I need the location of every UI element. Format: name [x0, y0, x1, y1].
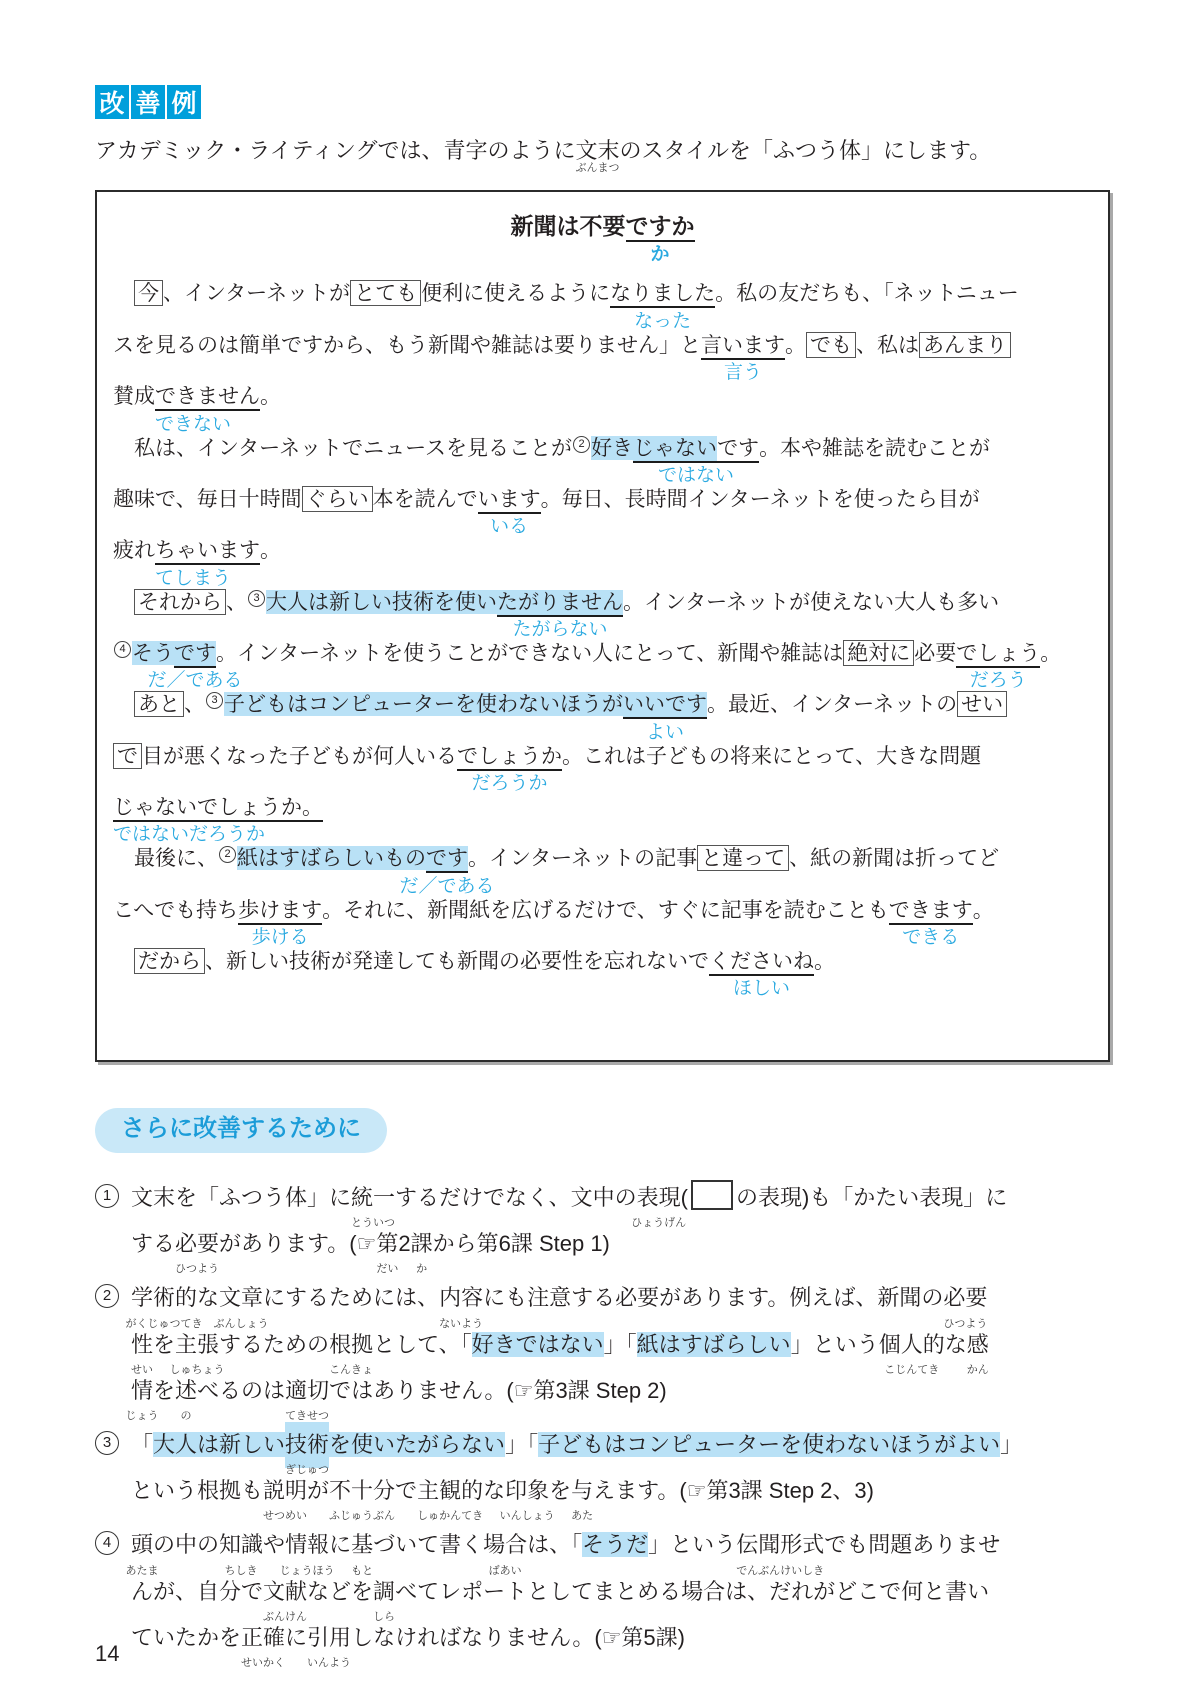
text-segment: 本を読んで — [373, 487, 478, 511]
text-segment: 私は、インターネットでニュースを見ることが — [134, 436, 572, 460]
highlighted-text: 子どもはコンピューターを使わないほうが — [224, 692, 623, 716]
underlined-text: でしょう — [956, 641, 1040, 668]
annotated-phrase: たがりませんたがらない — [497, 588, 623, 616]
highlighted-underlined-text: です — [174, 641, 216, 668]
underlined-text: じゃないでしょうか。 — [113, 795, 323, 822]
ruby-base: 正確せいかく — [241, 1615, 285, 1661]
underlined-text: 言います — [701, 333, 785, 360]
furigana: か — [416, 1264, 427, 1275]
correction-note: てしまう — [155, 569, 231, 588]
annotated-phrase: ですかか — [626, 212, 695, 242]
text-segment: ていたかを — [131, 1625, 241, 1650]
furigana: てきせつ — [285, 1411, 329, 1422]
ruby-base: 説明せつめい — [263, 1468, 307, 1514]
text-segment: えます。(☞第3課 Step 2、3) — [593, 1478, 874, 1503]
ruby-base: 学術的がくじゅつてき — [131, 1275, 197, 1321]
correction-note: だ／である — [399, 877, 494, 896]
item-number: 1 — [95, 1184, 119, 1208]
text-segment: 。最近、インターネットの — [707, 692, 957, 716]
text-segment: 。 — [785, 333, 806, 357]
underlined-text: でしょうか — [457, 744, 562, 771]
text-segment: 、インターネットが — [163, 281, 350, 305]
boxed-word: あんまり — [919, 332, 1011, 358]
furigana: かん — [967, 1365, 989, 1376]
highlighted-text: 好きではない — [472, 1332, 604, 1357]
furigana: いんしょう — [500, 1511, 555, 1522]
highlighted-text: 子どもはコンピューターを使わないほうがよい — [538, 1432, 1000, 1457]
ruby-base: 主張しゅちょう — [175, 1322, 219, 1368]
correction-note: ではないだろうか — [113, 825, 265, 844]
boxed-word: 今 — [134, 280, 163, 306]
underlined-text: います — [478, 487, 541, 514]
ruby-base: 課か — [411, 1221, 433, 1267]
boxed-word: あと — [134, 691, 184, 717]
furigana: ぶんしょう — [214, 1319, 269, 1330]
furigana: しゅかんてき — [417, 1511, 483, 1522]
boxed-word: と違って — [697, 845, 789, 871]
text-segment: スを見るのは簡単ですから、もう新聞や雑誌は要りません」と — [113, 333, 701, 357]
example-line: 私は、インターネットでニュースを見ることが2好きじゃないですではない。本や雑誌を… — [113, 434, 1092, 462]
text-segment: こへでも持ち — [113, 898, 238, 922]
item-number: 3 — [95, 1431, 119, 1455]
highlighted-text: 大人は新しい技術を使い — [266, 590, 497, 614]
example-line: 4そうですだ／である。インターネットを使うことができない人にとって、新聞や雑誌は… — [113, 639, 1092, 667]
circled-number: 3 — [248, 590, 265, 607]
item-line: んが、自分で文献ぶんけんなどを調しらべてレポートとしてまとめる場合は、だれがどこ… — [131, 1569, 1110, 1615]
phrase-group: じゃないです — [633, 436, 759, 463]
text-segment: 。私の友だちも、「ネットニュー — [715, 281, 1019, 305]
correction-note: なった — [634, 312, 691, 331]
example-line: だから、新しい技術が発達しても新聞の必要性を忘れないでくださいねほしい。 — [113, 947, 1092, 975]
ruby-base: 必要ひつよう — [943, 1275, 987, 1321]
annotated-phrase: じゃないですではない — [633, 434, 759, 462]
text-segment: 便利に使えるように — [421, 281, 610, 305]
annotated-phrase: いますいる — [478, 485, 541, 513]
ruby-base: 述の — [175, 1368, 197, 1414]
example-line: 疲れちゃいますてしまう。 — [113, 536, 1092, 564]
improve-heading-row: さらに改善するために — [95, 1108, 1110, 1175]
boxed-word: でも — [806, 332, 856, 358]
text-segment: するだけでなく、文中の — [395, 1185, 637, 1210]
furigana: だい — [376, 1264, 398, 1275]
text-segment: にも注意する必要があります。例えば、新聞の — [483, 1285, 943, 1310]
ruby-base: 基もと — [351, 1522, 373, 1568]
ruby-base: 表現ひょうげん — [637, 1175, 681, 1221]
correction-note: よい — [646, 723, 684, 742]
improve-item: 1文末を「ふつう体」に統一とういつするだけでなく、文中の表現ひょうげん(の表現)… — [95, 1175, 1110, 1267]
text-segment: 。 — [973, 898, 994, 922]
header-char: 例 — [167, 85, 201, 119]
text-segment: 。インターネットを使うことができない人にとって、新聞や雑誌は — [216, 641, 843, 665]
boxed-word: とても — [350, 280, 421, 306]
ruby-base: 技術ぎじゅつ — [285, 1422, 329, 1468]
boxed-word: せい — [957, 691, 1007, 717]
ruby-base: 情報じょうほう — [285, 1522, 329, 1568]
underlined-text: くださいね — [709, 949, 814, 976]
text-segment: な — [483, 1478, 505, 1503]
text-segment: ( — [681, 1185, 688, 1210]
text-segment: 、新しい技術が発達しても新聞の必要性を忘れないで — [205, 949, 709, 973]
item-line: する必要ひつようがあります。(☞第だい2課かから第6課 Step 1) — [131, 1221, 1110, 1267]
page-number: 14 — [95, 1641, 119, 1667]
annotated-phrase: でしょうかだろうか — [457, 742, 562, 770]
item-number: 4 — [95, 1531, 119, 1555]
text-segment: 」という — [648, 1532, 736, 1557]
text-segment: 」「 — [505, 1432, 538, 1457]
furigana: もと — [351, 1566, 373, 1577]
annotated-phrase: ですだ／である — [174, 639, 216, 667]
underlined-text: 歩けます — [238, 898, 322, 925]
annotated-phrase: 言います言う — [701, 331, 785, 359]
example-title: 新聞は不要ですかか — [113, 212, 1092, 242]
ruby-base: 与あた — [571, 1468, 593, 1514]
ruby-base: 場合ばあい — [483, 1522, 527, 1568]
example-line: あと、3子どもはコンピューターを使わないほうがいいですよい。最近、インターネット… — [113, 690, 1092, 718]
furigana: ぶんまつ — [575, 163, 619, 174]
text-segment: 必要 — [914, 641, 956, 665]
ruby-base: 調しら — [373, 1569, 395, 1615]
annotated-phrase: できますできる — [889, 896, 973, 924]
boxed-word: ぐらい — [302, 486, 373, 512]
text-segment: 最後に、 — [134, 846, 218, 870]
text-segment: 、紙の新聞は折ってど — [789, 846, 999, 870]
text-segment: にするためには、 — [263, 1285, 439, 1310]
text-segment: しなければなりません。(☞第5課) — [351, 1625, 685, 1650]
highlighted-underlined-text: たがりません — [497, 590, 623, 617]
ruby-base: 第だい — [376, 1221, 398, 1267]
item-line: 文末を「ふつう体」に統一とういつするだけでなく、文中の表現ひょうげん(の表現)も… — [131, 1175, 1110, 1221]
ruby-base: 情じょう — [131, 1368, 153, 1414]
highlighted-underlined-text: いいです — [623, 692, 707, 719]
item-line: 学術的がくじゅつてきな文章ぶんしょうにするためには、内容ないようにも注意する必要… — [131, 1275, 1110, 1321]
item-line: ていたかを正確せいかくに引用いんようしなければなりません。(☞第5課) — [131, 1615, 1110, 1661]
circled-number: 3 — [206, 692, 223, 709]
ruby-base: 統一とういつ — [351, 1175, 395, 1221]
correction-note: できる — [902, 928, 959, 947]
correction-note: だろう — [970, 671, 1027, 690]
text-segment: 新聞は不要 — [511, 213, 626, 239]
text-segment: などを — [307, 1579, 373, 1604]
example-body: 今、インターネットがとても便利に使えるようになりましたなった。私の友だちも、「ネ… — [113, 279, 1092, 975]
annotated-phrase: いいですよい — [623, 690, 707, 718]
text-segment: 疲れ — [113, 538, 155, 562]
highlighted-underlined-text: じゃない — [633, 436, 717, 463]
example-line: 趣味で、毎日十時間ぐらい本を読んでいますいる。毎日、長時間インターネットを使った… — [113, 485, 1092, 513]
annotated-phrase: くださいねほしい — [709, 947, 814, 975]
correction-note: できない — [155, 415, 231, 434]
text-segment: んが、自分で — [131, 1579, 263, 1604]
text-segment: が — [307, 1478, 329, 1503]
text-segment: べてレポートとしてまとめる場合は、だれがどこで何と書い — [395, 1579, 989, 1604]
furigana: ばあい — [489, 1566, 522, 1577]
example-box: 新聞は不要ですかか 今、インターネットがとても便利に使えるようになりましたなった… — [95, 190, 1110, 1063]
ruby-base: 知識ちしき — [219, 1522, 263, 1568]
ruby-base: 文献ぶんけん — [263, 1569, 307, 1615]
text-segment: で — [395, 1478, 417, 1503]
underlined-text: ですか — [626, 213, 695, 242]
furigana: あた — [571, 1511, 593, 1522]
text-segment: 。 — [1040, 641, 1061, 665]
text-segment: 。本や雑誌を読むことが — [759, 436, 990, 460]
item-line: 「大人は新しい技術ぎじゅつを使いたがらない」「子どもはコンピューターを使わないほ… — [131, 1422, 1110, 1468]
ruby-base: 内容ないよう — [439, 1275, 483, 1321]
example-line: 最後に、2紙はすばらしいものですだ／である。インターネットの記事と違って、紙の新… — [113, 844, 1092, 872]
item-line: 頭あたまの中の知識ちしきや情報じょうほうに基もとづいて書く場合ばあいは、「そうだ… — [131, 1522, 1110, 1568]
text-segment: するための — [219, 1332, 329, 1357]
text-segment: や — [263, 1532, 285, 1557]
text-segment: に — [329, 1532, 351, 1557]
header-char: 善 — [131, 85, 165, 119]
text-segment: を — [549, 1478, 571, 1503]
ruby-base: 感かん — [967, 1322, 989, 1368]
text-segment: に — [285, 1625, 307, 1650]
highlighted-text: を使いたがらない — [329, 1432, 505, 1457]
furigana: ないよう — [439, 1319, 483, 1330]
example-line: じゃないでしょうか。ではないだろうか — [113, 793, 1092, 821]
text-segment: 」 — [1000, 1432, 1022, 1457]
text-segment: 賛成 — [113, 384, 155, 408]
annotated-phrase: でしょうだろう — [956, 639, 1040, 667]
text-segment: 2 — [398, 1231, 410, 1256]
text-segment: 、 — [184, 692, 205, 716]
example-line: こへでも持ち歩けます歩ける。それに、新聞紙を広げるだけで、すぐに記事を読むことも… — [113, 896, 1092, 924]
item-line: 情じょうを述のべるのは適切てきせつではありません。(☞第3課 Step 2) — [131, 1368, 1110, 1414]
furigana: じょう — [126, 1411, 159, 1422]
text-segment: する — [131, 1231, 175, 1256]
annotated-phrase: じゃないでしょうか。ではないだろうか — [113, 793, 323, 821]
ruby-base: 適切てきせつ — [285, 1368, 329, 1414]
ruby-base: 印象いんしょう — [505, 1468, 549, 1514]
annotated-phrase: ちゃいますてしまう — [155, 536, 260, 564]
correction-note: 歩ける — [252, 928, 309, 947]
text-segment: を — [153, 1332, 175, 1357]
text-segment: の中の — [153, 1532, 219, 1557]
text-segment: 。それに、新聞紙を広げるだけで、すぐに記事を読むことも — [322, 898, 889, 922]
ruby-base: 伝聞形式でんぶんけいしき — [736, 1522, 824, 1568]
annotated-phrase: ですだ／である — [426, 844, 468, 872]
furigana: せいかく — [241, 1658, 285, 1669]
example-line: 賛成できませんできない。 — [113, 382, 1092, 410]
correction-note: か — [650, 245, 669, 264]
furigana: しら — [373, 1612, 395, 1623]
example-line: で目が悪くなった子どもが何人いるでしょうかだろうか。これは子どもの将来にとって、… — [113, 742, 1092, 770]
text-segment: 。これは子どもの将来にとって、大きな問題 — [562, 744, 981, 768]
correction-note: だ／である — [147, 671, 242, 690]
text-segment: という根拠も — [131, 1478, 263, 1503]
furigana: ちしき — [225, 1566, 258, 1577]
text-segment: 。 — [260, 538, 281, 562]
boxed-word: だから — [134, 948, 205, 974]
annotated-phrase: なりましたなった — [610, 279, 715, 307]
furigana: ひつよう — [175, 1264, 219, 1275]
text-segment: は、「 — [527, 1532, 582, 1557]
circled-number: 4 — [114, 641, 131, 658]
furigana: こんきょ — [329, 1365, 373, 1376]
page: 改善例 アカデミック・ライティングでは、青字のように文末ぶんまつのスタイルを「ふ… — [0, 0, 1200, 1693]
example-line: それから、3大人は新しい技術を使いたがりませんたがらない。インターネットが使えな… — [113, 588, 1092, 616]
ruby-base: 引用いんよう — [307, 1615, 351, 1661]
ruby-base: 頭あたま — [131, 1522, 153, 1568]
text-segment: づいて書く — [373, 1532, 483, 1557]
text-segment: アカデミック・ライティングでは、青字のように — [95, 138, 575, 163]
highlighted-text: そうだ — [582, 1532, 648, 1557]
highlighted-text: 好き — [591, 436, 633, 460]
text-segment: 。毎日、長時間インターネットを使ったら目が — [541, 487, 980, 511]
underlined-text: なりました — [610, 281, 715, 308]
text-segment: として、「 — [373, 1332, 472, 1357]
text-segment: な — [197, 1285, 219, 1310]
boxed-word: それから — [134, 589, 226, 615]
furigana: いんよう — [307, 1658, 351, 1669]
highlighted-text: 大人は新しい — [153, 1432, 285, 1457]
improve-heading-pill: さらに改善するために — [95, 1108, 387, 1153]
text-segment: 文末を「ふつう体」に — [131, 1185, 351, 1210]
circled-number: 2 — [573, 436, 590, 453]
text-segment: 、私は — [856, 333, 919, 357]
ruby-base: 個人的こじんてき — [879, 1322, 945, 1368]
blank-box — [691, 1180, 733, 1210]
text-segment: 。 — [814, 949, 835, 973]
example-line: 今、インターネットがとても便利に使えるようになりましたなった。私の友だちも、「ネ… — [113, 279, 1092, 307]
underlined-text: ちゃいます — [155, 538, 260, 565]
highlighted-text: 紙はすばらしいもの — [237, 846, 426, 870]
header-char: 改 — [95, 85, 129, 119]
text-segment: 。インターネットの記事 — [468, 846, 697, 870]
text-segment: 。インターネットが使えない大人も多い — [623, 590, 999, 614]
furigana: ふじゅうぶん — [329, 1511, 395, 1522]
text-segment: 趣味で、毎日十時間 — [113, 487, 302, 511]
improve-item: 3「大人は新しい技術ぎじゅつを使いたがらない」「子どもはコンピューターを使わない… — [95, 1422, 1110, 1514]
improve-items: 1文末を「ふつう体」に統一とういつするだけでなく、文中の表現ひょうげん(の表現)… — [95, 1175, 1110, 1661]
furigana: ひょうげん — [631, 1218, 686, 1229]
highlighted-text: 紙はすばらしい — [637, 1332, 791, 1357]
text-segment: 「 — [131, 1432, 153, 1457]
item-number: 2 — [95, 1284, 119, 1308]
correction-note: ほしい — [733, 979, 790, 998]
ruby-base: 文末ぶんまつ — [575, 137, 619, 166]
furigana: でんぶんけいしき — [736, 1566, 824, 1577]
furigana: あたま — [126, 1566, 159, 1577]
underlined-text: できません — [155, 384, 260, 411]
furigana: こじんてき — [884, 1365, 939, 1376]
annotated-phrase: できませんできない — [155, 382, 260, 410]
text-segment: 、 — [226, 590, 247, 614]
ruby-base: 不十分ふじゅうぶん — [329, 1468, 395, 1514]
underlined-text: できます — [889, 898, 973, 925]
example-line: スを見るのは簡単ですから、もう新聞や雑誌は要りません」と言います言う。でも、私は… — [113, 331, 1092, 359]
ruby-base: 文章ぶんしょう — [219, 1275, 263, 1321]
ruby-base: 性せい — [131, 1322, 153, 1368]
text-segment: 目が悪くなった子どもが何人いる — [142, 744, 457, 768]
boxed-word: 絶対に — [843, 640, 914, 666]
correction-note: だろうか — [471, 774, 547, 793]
text-segment: の表現)も「かたい表現」に — [736, 1185, 1007, 1210]
ruby-base: 根拠こんきょ — [329, 1322, 373, 1368]
highlighted-text: そう — [132, 641, 174, 665]
text-segment: から第6課 Step 1) — [433, 1231, 610, 1256]
text-segment: 。 — [260, 384, 281, 408]
text-segment: べるのは — [197, 1378, 285, 1403]
circled-number: 2 — [219, 846, 236, 863]
boxed-word: で — [113, 743, 142, 769]
intro-text: アカデミック・ライティングでは、青字のように文末ぶんまつのスタイルを「ふつう体」… — [95, 137, 1110, 166]
correction-note: たがらない — [512, 620, 607, 639]
correction-note: ではない — [658, 466, 734, 485]
kaizen-rei-header: 改善例 — [95, 85, 1110, 119]
annotated-phrase: 歩けます歩ける — [238, 896, 322, 924]
item-line: という根拠も説明せつめいが不十分ふじゅうぶんで主観的しゅかんてきな印象いんしょう… — [131, 1468, 1110, 1514]
ruby-base: 主観的しゅかんてき — [417, 1468, 483, 1514]
text-segment: 」「 — [604, 1332, 637, 1357]
correction-note: 言う — [724, 363, 762, 382]
underlined-text: です — [717, 436, 759, 463]
ruby-base: 必要ひつよう — [175, 1221, 219, 1267]
text-segment: ではありません。(☞第3課 Step 2) — [329, 1378, 667, 1403]
text-segment: のスタイルを「ふつう体」にします。 — [620, 138, 992, 163]
text-segment: があります。(☞ — [219, 1231, 376, 1256]
text-segment: 」という — [791, 1332, 879, 1357]
text-segment: でも問題ありませ — [824, 1532, 1000, 1557]
furigana: の — [181, 1411, 192, 1422]
improve-item: 4頭あたまの中の知識ちしきや情報じょうほうに基もとづいて書く場合ばあいは、「そう… — [95, 1522, 1110, 1661]
improve-item: 2学術的がくじゅつてきな文章ぶんしょうにするためには、内容ないようにも注意する必… — [95, 1275, 1110, 1414]
highlighted-underlined-text: です — [426, 846, 468, 873]
text-segment: な — [945, 1332, 967, 1357]
furigana: せつめい — [263, 1511, 307, 1522]
correction-note: いる — [490, 517, 528, 536]
text-segment: を — [153, 1378, 175, 1403]
